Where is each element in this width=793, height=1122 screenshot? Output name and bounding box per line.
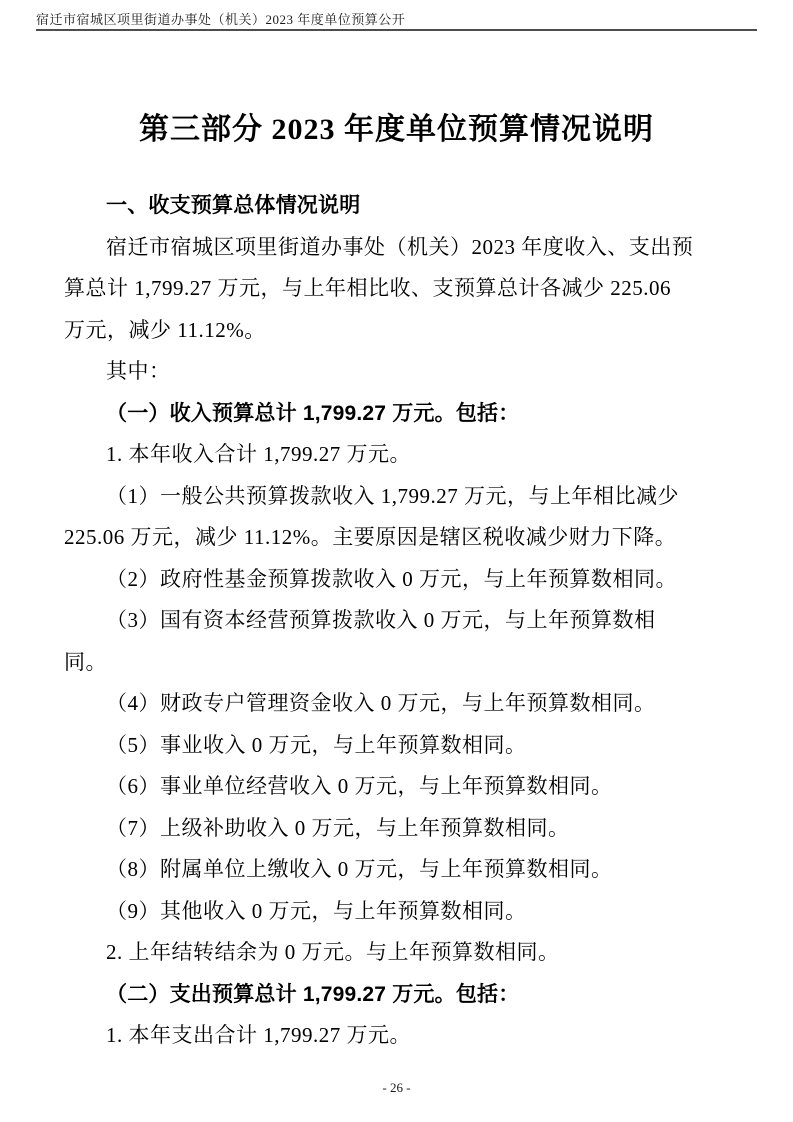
text-line: 一、收支预算总体情况说明 bbox=[64, 185, 736, 227]
text-line: 1. 本年收入合计 1,799.27 万元。 bbox=[64, 434, 736, 476]
text-line: （8）附属单位上缴收入 0 万元，与上年预算数相同。 bbox=[64, 849, 736, 891]
page-header: 宿迁市宿城区项里街道办事处（机关）2023 年度单位预算公开 bbox=[36, 9, 757, 28]
text-line: 算总计 1,799.27 万元，与上年相比收、支预算总计各减少 225.06 bbox=[64, 268, 736, 310]
document-body: 一、收支预算总体情况说明宿迁市宿城区项里街道办事处（机关）2023 年度收入、支… bbox=[64, 185, 736, 1057]
header-rule bbox=[36, 29, 757, 31]
text-line: （4）财政专户管理资金收入 0 万元，与上年预算数相同。 bbox=[64, 683, 736, 725]
text-line: 2. 上年结转结余为 0 万元。与上年预算数相同。 bbox=[64, 932, 736, 974]
page-number: - 26 - bbox=[0, 1080, 793, 1096]
text-line: 1. 本年支出合计 1,799.27 万元。 bbox=[64, 1015, 736, 1057]
text-line: （7）上级补助收入 0 万元，与上年预算数相同。 bbox=[64, 808, 736, 850]
text-line: （5）事业收入 0 万元，与上年预算数相同。 bbox=[64, 725, 736, 767]
text-line: （6）事业单位经营收入 0 万元，与上年预算数相同。 bbox=[64, 766, 736, 808]
text-line: （2）政府性基金预算拨款收入 0 万元，与上年预算数相同。 bbox=[64, 559, 736, 601]
document-page: 宿迁市宿城区项里街道办事处（机关）2023 年度单位预算公开 第三部分 2023… bbox=[0, 0, 793, 1122]
page-title: 第三部分 2023 年度单位预算情况说明 bbox=[0, 104, 793, 148]
text-line: （一）收入预算总计 1,799.27 万元。包括： bbox=[64, 393, 736, 435]
text-line: 同。 bbox=[64, 642, 736, 684]
text-line: （3）国有资本经营预算拨款收入 0 万元，与上年预算数相 bbox=[64, 600, 736, 642]
text-line: 其中： bbox=[64, 351, 736, 393]
text-line: （二）支出预算总计 1,799.27 万元。包括： bbox=[64, 974, 736, 1016]
text-line: 225.06 万元，减少 11.12%。主要原因是辖区税收减少财力下降。 bbox=[64, 517, 736, 559]
text-line: 万元，减少 11.12%。 bbox=[64, 310, 736, 352]
text-line: （9）其他收入 0 万元，与上年预算数相同。 bbox=[64, 891, 736, 933]
text-line: 宿迁市宿城区项里街道办事处（机关）2023 年度收入、支出预 bbox=[64, 227, 736, 269]
text-line: （1）一般公共预算拨款收入 1,799.27 万元，与上年相比减少 bbox=[64, 476, 736, 518]
